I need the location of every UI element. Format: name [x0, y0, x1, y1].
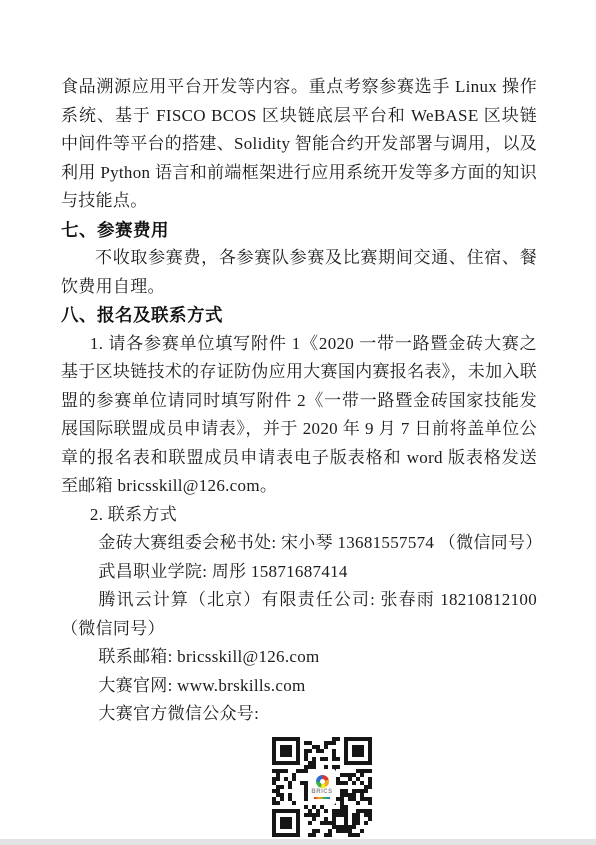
- qr-finder-top-left-icon: [272, 737, 300, 765]
- section-8-heading: 八、报名及联系方式: [61, 301, 537, 330]
- page-bottom-edge: [0, 839, 596, 845]
- qr-finder-top-right-icon: [344, 737, 372, 765]
- section-7-heading: 七、参赛费用: [61, 216, 537, 245]
- brics-logo-text: BRICS: [311, 789, 332, 796]
- document-page: 食品溯源应用平台开发等内容。重点考察参赛选手 Linux 操作系统、基于 FIS…: [0, 0, 596, 845]
- qr-code: BRICS: [272, 737, 372, 837]
- contact-line-website: 大赛官网: www.brskills.com: [61, 672, 537, 701]
- qr-finder-bottom-left-icon: [272, 809, 300, 837]
- contact-line-college: 武昌职业学院: 周彤 15871687414: [61, 558, 537, 587]
- text-column: 食品溯源应用平台开发等内容。重点考察参赛选手 Linux 操作系统、基于 FIS…: [61, 0, 537, 837]
- brics-logo: BRICS: [308, 769, 336, 805]
- contact-line-email: 联系邮箱: bricsskill@126.com: [61, 643, 537, 672]
- contact-line-secretariat: 金砖大赛组委会秘书处: 宋小琴 13681557574 （微信同号）: [61, 529, 537, 558]
- brics-logo-subtext-bar: [314, 797, 330, 799]
- paragraph-intro: 食品溯源应用平台开发等内容。重点考察参赛选手 Linux 操作系统、基于 FIS…: [61, 73, 537, 216]
- contact-line-wechat: 大赛官方微信公众号:: [61, 700, 537, 729]
- contact-list-heading: 2. 联系方式: [61, 501, 537, 530]
- section-7-paragraph: 不收取参赛费，各参赛队参赛及比赛期间交通、住宿、餐饮费用自理。: [61, 244, 537, 301]
- brics-ring-icon: [316, 775, 329, 788]
- contact-line-tencent: 腾讯云计算（北京）有限责任公司: 张春雨 18210812100 （微信同号）: [61, 586, 537, 643]
- registration-paragraph: 1. 请各参赛单位填写附件 1《2020 一带一路暨金砖大赛之基于区块链技术的存…: [61, 330, 537, 501]
